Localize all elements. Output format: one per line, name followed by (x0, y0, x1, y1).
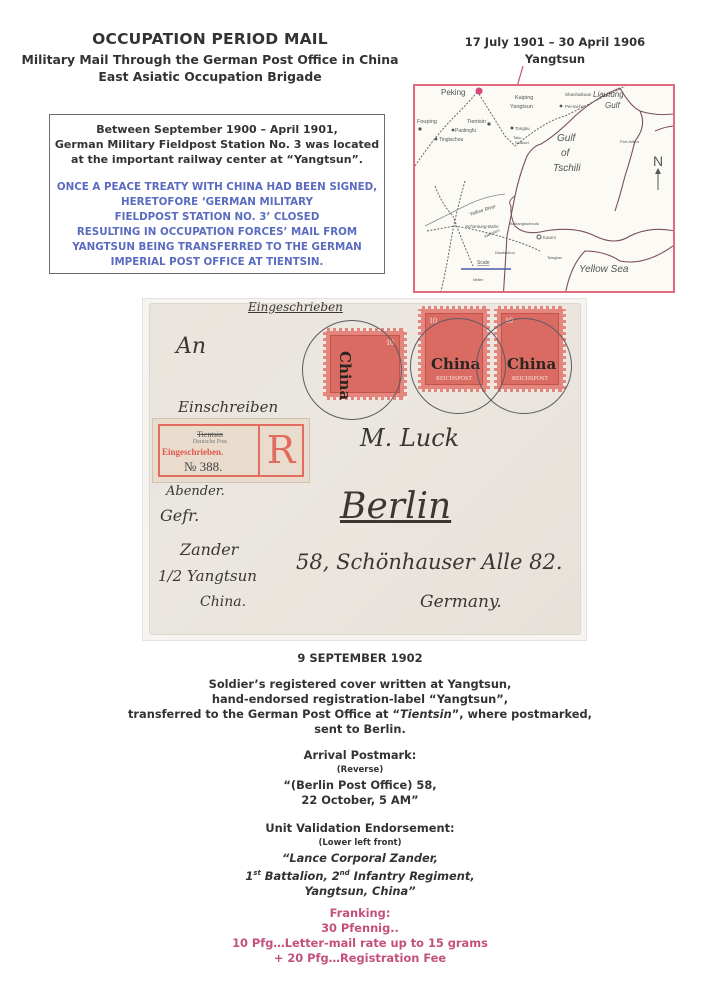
svg-text:Pei-tai-ho: Pei-tai-ho (565, 104, 585, 109)
svg-text:Kiautschou: Kiautschou (495, 250, 515, 255)
info-paragraph-history: Between September 1900 – April 1901, Ger… (50, 122, 384, 167)
franking-line: 30 Pfennig.. (0, 921, 720, 936)
svg-text:Shanhaikuan: Shanhaikuan (565, 92, 592, 97)
text: Infantry Regiment, (350, 869, 475, 883)
svg-text:Tschili: Tschili (553, 163, 581, 174)
recipient-name: M. Luck (360, 424, 459, 452)
description-line: transferred to the German Post Office at… (0, 707, 720, 722)
description-line: hand-endorsed registration-label “Yangts… (0, 692, 720, 707)
unit-line: 1st Battalion, 2nd Infantry Regiment, (0, 866, 720, 884)
franking-line: 10 Pfg…Letter-mail rate up to 15 grams (0, 936, 720, 951)
page-subtitle-2: East Asiatic Occupation Brigade (0, 69, 420, 84)
reg-letter: R (258, 426, 302, 475)
svg-text:Gulf: Gulf (605, 101, 620, 110)
svg-text:Meilen: Meilen (473, 278, 483, 282)
postmark-cancel (476, 318, 572, 414)
svg-text:Tongku: Tongku (515, 126, 530, 131)
svg-text:Schantung-Bahn: Schantung-Bahn (465, 224, 499, 229)
addressee-prefix: An (176, 334, 206, 359)
unit-endorsement-section: Unit Validation Endorsement: (Lower left… (0, 821, 720, 899)
svg-text:Scale: Scale (477, 260, 490, 266)
franking-title: Franking: (0, 906, 720, 921)
svg-text:of: of (561, 148, 571, 159)
endorsement-left: Einschreiben (178, 398, 278, 416)
arrival-note: (Reverse) (0, 763, 720, 778)
svg-text:Kaumi: Kaumi (543, 235, 556, 240)
map-date-range: 17 July 1901 – 30 April 1906 (420, 35, 690, 49)
franking-section: Franking: 30 Pfennig.. 10 Pfg…Letter-mai… (0, 906, 720, 966)
page-title: OCCUPATION PERIOD MAIL (0, 30, 420, 48)
franking-line: + 20 Pfg…Registration Fee (0, 951, 720, 966)
svg-text:Kaiping: Kaiping (515, 95, 533, 101)
endorsement-top: Eingeschrieben (248, 300, 343, 314)
info-line: at the important railway center at “Yang… (50, 152, 384, 167)
info-paragraph-transfer: ONCE A PEACE TREATY WITH CHINA HAD BEEN … (50, 180, 384, 270)
arrival-line: “(Berlin Post Office) 58, (0, 778, 720, 793)
svg-text:Port Arthur: Port Arthur (620, 139, 640, 144)
recipient-country: Germany. (420, 592, 502, 612)
arrival-postmark-section: Arrival Postmark: (Reverse) “(Berlin Pos… (0, 748, 720, 808)
text-sup: nd (340, 869, 350, 877)
svg-text:Tschangtschoufu: Tschangtschoufu (509, 221, 539, 226)
svg-text:Sudkort: Sudkort (515, 140, 530, 145)
info-line: HERETOFORE ‘GERMAN MILITARY (50, 195, 384, 210)
sender-country: China. (200, 594, 246, 610)
registration-label: Tientsin Deutsche Post Eingeschrieben. №… (152, 418, 310, 483)
recipient-street: 58, Schönhauser Alle 82. (296, 550, 563, 574)
svg-text:Tientsin: Tientsin (467, 119, 486, 125)
info-line: ONCE A PEACE TREATY WITH CHINA HAD BEEN … (50, 180, 384, 195)
text-sup: st (253, 869, 261, 877)
page-subtitle: Military Mail Through the German Post Of… (0, 52, 420, 67)
svg-text:Peking: Peking (441, 88, 465, 97)
description-line: sent to Berlin. (0, 722, 720, 737)
sender-unit: 1/2 Yangtsun (158, 567, 257, 585)
sender-rank: Gefr. (160, 506, 199, 525)
svg-text:Yellow Sea: Yellow Sea (579, 264, 629, 275)
unit-line: Yangtsun, China” (0, 884, 720, 899)
cover-date: 9 SEPTEMBER 1902 (0, 651, 720, 665)
reg-office-sub: Deutsche Post (160, 439, 260, 445)
info-line: FIELDPOST STATION NO. 3’ CLOSED (50, 210, 384, 225)
text: transferred to the German Post Office at… (128, 707, 400, 721)
unit-note: (Lower left front) (0, 836, 720, 851)
map-drawing: Peking Kaiping Yangtsun Fouping Tientsin… (415, 86, 675, 293)
svg-text:Fouping: Fouping (417, 119, 437, 125)
unit-title: Unit Validation Endorsement: (0, 821, 720, 836)
text-italic: Tientsin (400, 707, 452, 721)
cover-description: Soldier’s registered cover written at Ya… (0, 677, 720, 737)
svg-text:Paotingfu: Paotingfu (455, 128, 476, 134)
reg-office: Tientsin (160, 430, 260, 439)
svg-text:Tsingtau: Tsingtau (547, 255, 562, 260)
text: ”, where postmarked, (452, 707, 592, 721)
sender-name: Zander (180, 540, 238, 559)
svg-text:Liautung: Liautung (593, 90, 624, 99)
arrival-title: Arrival Postmark: (0, 748, 720, 763)
svg-text:Gulf: Gulf (557, 133, 577, 144)
info-line: German Military Fieldpost Station No. 3 … (50, 137, 384, 152)
map-location-label: Yangtsun (420, 52, 690, 66)
reg-number: № 388. (184, 459, 222, 475)
svg-text:Tingtschou: Tingtschou (439, 137, 463, 143)
text: Battalion, 2 (261, 869, 340, 883)
svg-text:Weihsien: Weihsien (483, 227, 500, 238)
info-line: YANGTSUN BEING TRANSFERRED TO THE GERMAN (50, 240, 384, 255)
sender-label: Abender. (166, 484, 225, 499)
info-line: Between September 1900 – April 1901, (50, 122, 384, 137)
map-figure: Peking Kaiping Yangtsun Fouping Tientsin… (413, 84, 675, 293)
postmark-cancel (302, 320, 402, 420)
arrival-line: 22 October, 5 AM” (0, 793, 720, 808)
info-box: Between September 1900 – April 1901, Ger… (49, 114, 385, 274)
reg-type: Eingeschrieben. (162, 447, 223, 457)
svg-text:Yangtsun: Yangtsun (510, 104, 533, 110)
info-line: IMPERIAL POST OFFICE AT TIENTSIN. (50, 255, 384, 270)
description-line: Soldier’s registered cover written at Ya… (0, 677, 720, 692)
svg-text:Yellow River: Yellow River (469, 204, 497, 218)
info-line: RESULTING IN OCCUPATION FORCES’ MAIL FRO… (50, 225, 384, 240)
recipient-city: Berlin (340, 486, 451, 527)
unit-line: “Lance Corporal Zander, (0, 851, 720, 866)
svg-text:N: N (653, 153, 663, 169)
